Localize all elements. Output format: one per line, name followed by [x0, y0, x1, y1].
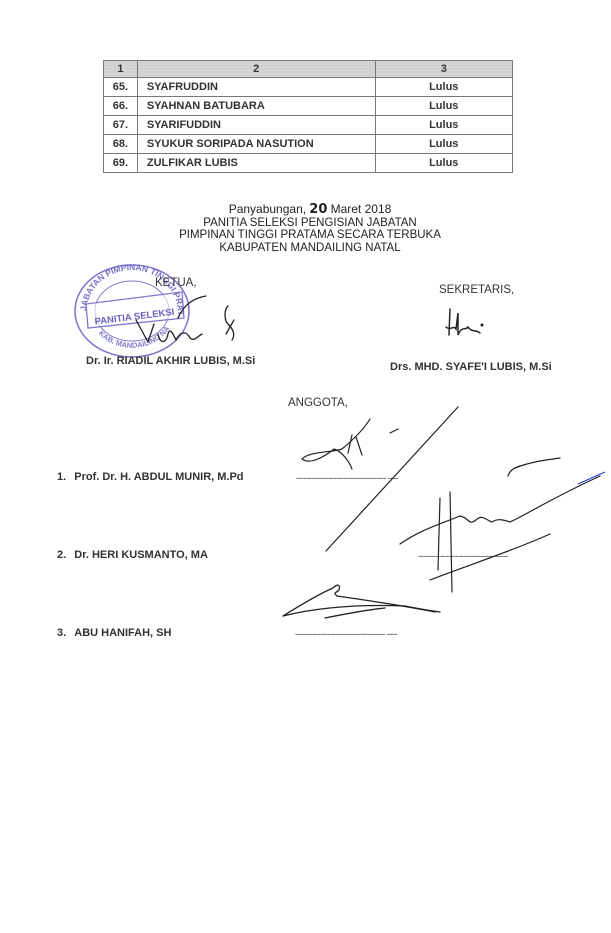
header-col-2: 2: [137, 61, 375, 78]
ketua-name: Dr. Ir. RIADIL AKHIR LUBIS, M.Si: [86, 355, 255, 367]
committee-line-3: KABUPATEN MANDAILING NATAL: [150, 242, 470, 255]
member-3-signature-icon: [275, 578, 455, 623]
sekretaris-name: Drs. MHD. SYAFE'I LUBIS, M.Si: [390, 361, 552, 373]
row-number: 68.: [104, 135, 138, 154]
row-number: 65.: [104, 78, 138, 97]
row-name: SYAHNAN BATUBARA: [137, 97, 375, 116]
member-3: 3. ABU HANIFAH, SH: [57, 627, 171, 639]
committee-header: Panyabungan, 20 Maret 2018 PANITIA SELEK…: [150, 203, 470, 254]
row-name: SYAFRUDDIN: [137, 78, 375, 97]
member-3-number: 3.: [57, 627, 66, 639]
row-number: 67.: [104, 116, 138, 135]
ketua-signature-icon: [120, 290, 250, 360]
row-number: 66.: [104, 97, 138, 116]
month-year: Maret 2018: [331, 202, 392, 216]
ketua-role: KETUA,: [155, 277, 197, 289]
row-name: SYUKUR SORIPADA NASUTION: [137, 135, 375, 154]
row-status: Lulus: [375, 154, 512, 173]
committee-line-2: PIMPINAN TINGGI PRATAMA SECARA TERBUKA: [150, 229, 470, 242]
row-status: Lulus: [375, 135, 512, 154]
row-status: Lulus: [375, 116, 512, 135]
header-col-1: 1: [104, 61, 138, 78]
table-row: 65. SYAFRUDDIN Lulus: [104, 78, 513, 97]
table-row: 68. SYUKUR SORIPADA NASUTION Lulus: [104, 135, 513, 154]
table-row: 67. SYARIFUDDIN Lulus: [104, 116, 513, 135]
member-1-name: Prof. Dr. H. ABDUL MUNIR, M.Pd: [74, 471, 243, 483]
table-header-row: 1 2 3: [104, 61, 513, 78]
row-name: SYARIFUDDIN: [137, 116, 375, 135]
row-number: 69.: [104, 154, 138, 173]
header-col-3: 3: [375, 61, 512, 78]
results-table: 1 2 3 65. SYAFRUDDIN Lulus 66. SYAHNAN B…: [103, 60, 513, 173]
table-row: 69. ZULFIKAR LUBIS Lulus: [104, 154, 513, 173]
sekretaris-signature-icon: [440, 305, 490, 345]
member-3-signature-line: ------------------------------------ ---…: [295, 629, 397, 639]
row-status: Lulus: [375, 78, 512, 97]
member-1-number: 1.: [57, 471, 66, 483]
place-date: Panyabungan, 20 Maret 2018: [150, 203, 470, 217]
member-2: 2. Dr. HERI KUSMANTO, MA: [57, 549, 208, 561]
handwritten-day: 20: [309, 202, 327, 217]
committee-line-1: PANITIA SELEKSI PENGISIAN JABATAN: [150, 217, 470, 230]
sekretaris-role: SEKRETARIS,: [439, 284, 514, 296]
member-1: 1. Prof. Dr. H. ABDUL MUNIR, M.Pd: [57, 471, 244, 483]
table-row: 66. SYAHNAN BATUBARA Lulus: [104, 97, 513, 116]
row-status: Lulus: [375, 97, 512, 116]
member-2-number: 2.: [57, 549, 66, 561]
member-3-name: ABU HANIFAH, SH: [74, 627, 171, 639]
member-2-signature-icon: [400, 460, 605, 595]
place: Panyabungan,: [229, 202, 306, 216]
member-2-name: Dr. HERI KUSMANTO, MA: [74, 549, 208, 561]
row-name: ZULFIKAR LUBIS: [137, 154, 375, 173]
